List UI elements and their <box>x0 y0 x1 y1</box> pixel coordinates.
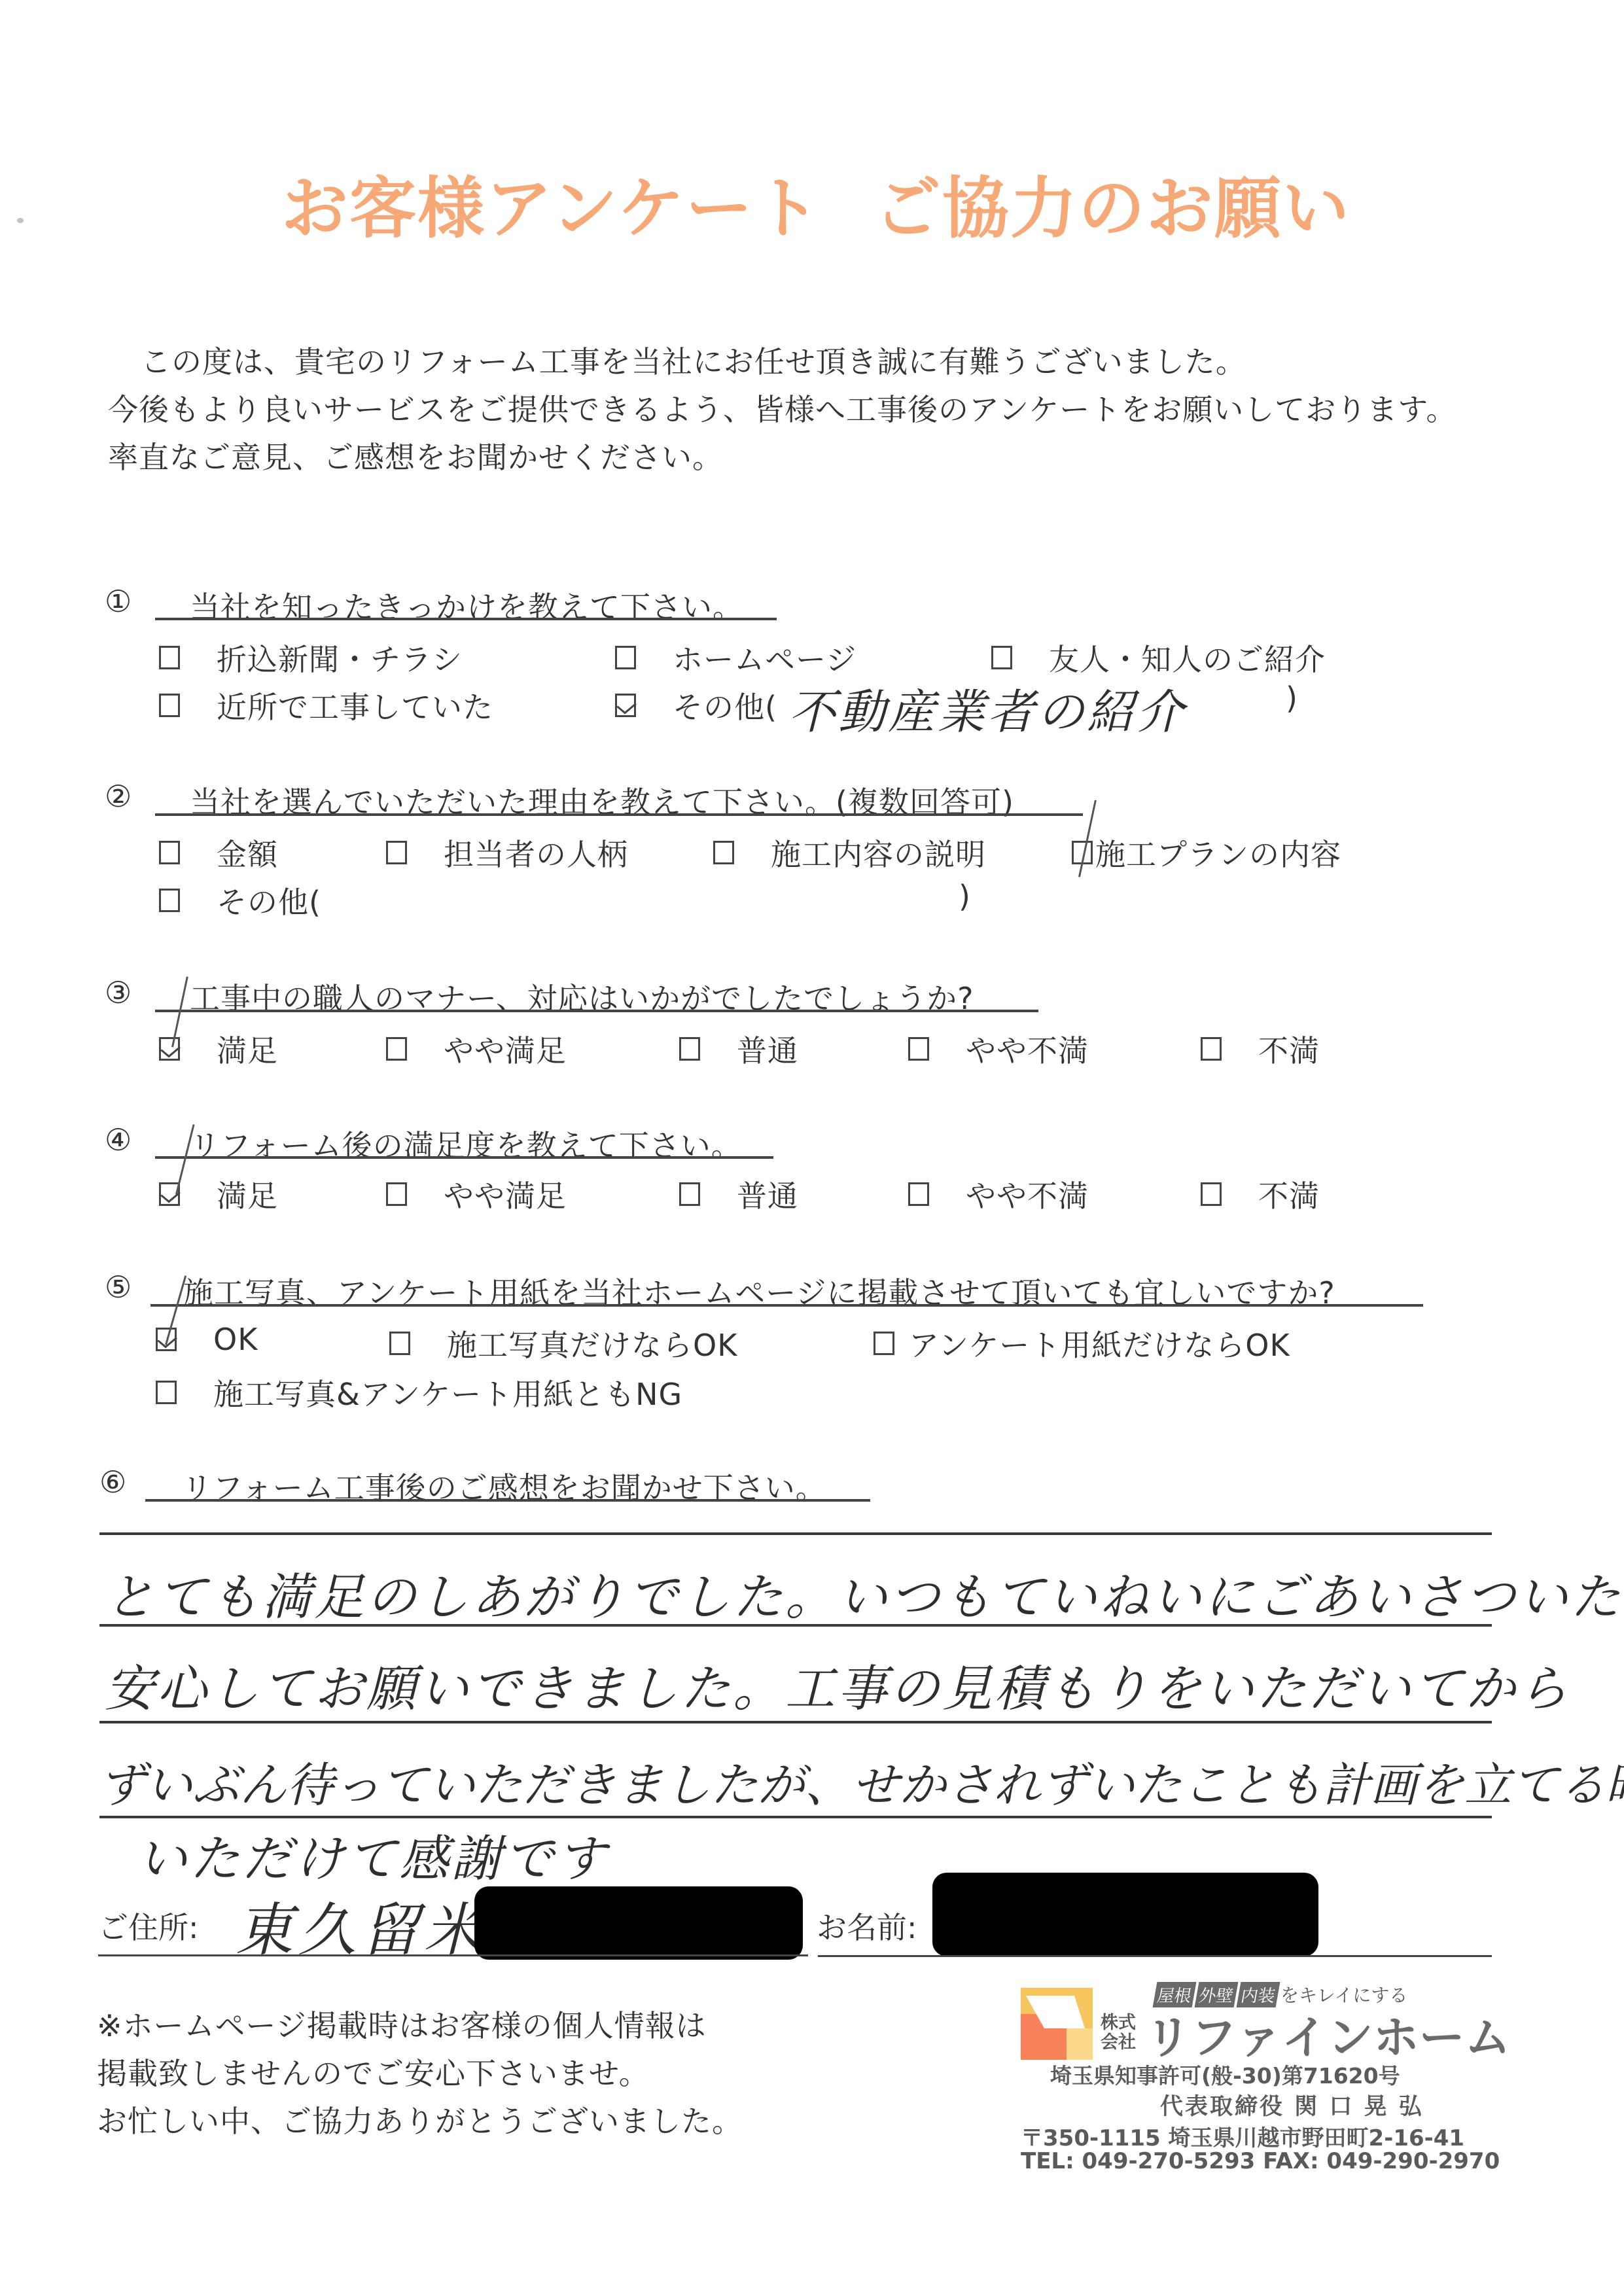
footer-thanks: お忙しい中、ご協力ありがとうございました。 <box>97 2098 743 2141</box>
question-1-number: ① <box>105 584 132 619</box>
q4-option-somewhat-dissatisfied[interactable]: やや不満 <box>908 1173 1089 1216</box>
intro-line-1: この度は、貴宅のリフォーム工事を当社にお任せ頂き誠に有難うございました。 <box>141 338 1246 381</box>
question-5-underline <box>150 1304 1423 1307</box>
checkbox[interactable] <box>615 646 636 669</box>
kabushiki-top: 株式 <box>1101 2013 1136 2033</box>
checkbox[interactable] <box>386 841 407 864</box>
title-left: お客様アンケート <box>281 170 822 248</box>
checkbox[interactable] <box>386 1182 407 1206</box>
q1-option-flyer[interactable]: 折込新聞・チラシ <box>159 636 463 679</box>
question-2-underline <box>155 813 1083 816</box>
q1-other-close-paren: ) <box>1286 680 1297 716</box>
option-label: ホームページ <box>673 636 856 679</box>
address-label: ご住所: <box>98 1904 199 1947</box>
footer-note-2: 掲載致しませんのでご安心下さいませ。 <box>97 2050 650 2093</box>
option-label: 施工写真&アンケート用紙ともNG <box>213 1371 682 1414</box>
company-address: 〒350-1115 埼玉県川越市野田町2-16-41 <box>1021 2120 1464 2152</box>
option-label: 友人・知人のご紹介 <box>1049 636 1326 679</box>
question-5-number: ⑤ <box>105 1269 132 1305</box>
option-label: アンケート用紙だけならOK <box>909 1322 1290 1365</box>
q2-option-price[interactable]: 金額 <box>159 831 278 874</box>
option-label: やや不満 <box>966 1027 1089 1070</box>
checkbox[interactable] <box>1201 1182 1222 1206</box>
option-label: やや満足 <box>444 1173 567 1216</box>
q3-option-somewhat-dissatisfied[interactable]: やや不満 <box>908 1027 1089 1070</box>
question-6-underline <box>145 1499 870 1502</box>
q2-option-other[interactable]: その他( <box>159 879 321 922</box>
q2-option-staff[interactable]: 担当者の人柄 <box>386 831 628 874</box>
comment-rule-2 <box>99 1624 1492 1627</box>
q5-option-photos-only[interactable]: 施工写真だけならOK <box>389 1322 737 1365</box>
address-underline <box>98 1954 808 1956</box>
option-label: 施工プランの内容 <box>1095 831 1341 874</box>
checkbox-checked[interactable] <box>159 1037 180 1061</box>
question-6-number: ⑥ <box>99 1464 126 1500</box>
checkbox[interactable] <box>874 1332 894 1355</box>
comment-line-2[interactable]: 安心してお願いできました。工事の見積もりをいただいてから <box>105 1649 1570 1720</box>
intro-line-2: 今後もより良いサービスをご提供できるよう、皆様へ工事後のアンケートをお願いしてお… <box>108 386 1457 429</box>
company-contact: TEL: 049-270-5293 FAX: 049-290-2970 <box>1021 2148 1500 2174</box>
checkbox[interactable] <box>1201 1037 1222 1061</box>
address-redaction <box>474 1886 803 1960</box>
comment-line-1[interactable]: とても満足のしあがりでした。いつもていねいにごあいさついただき <box>105 1557 1624 1629</box>
checkbox[interactable] <box>159 841 180 864</box>
option-label: 満足 <box>217 1027 278 1070</box>
checkbox[interactable] <box>679 1037 700 1061</box>
checkbox[interactable] <box>386 1037 407 1061</box>
checkbox[interactable] <box>908 1182 929 1206</box>
q3-option-somewhat-satisfied[interactable]: やや満足 <box>386 1027 567 1070</box>
option-label: 普通 <box>737 1173 798 1216</box>
intro-line-3: 率直なご意見、ご感想をお聞かせください。 <box>108 434 723 477</box>
q3-option-neutral[interactable]: 普通 <box>679 1027 798 1070</box>
company-representative: 代表取締役 関 口 晃 弘 <box>1160 2089 1424 2121</box>
option-label: 担当者の人柄 <box>444 831 628 874</box>
checkbox[interactable] <box>156 1381 177 1404</box>
question-2-number: ② <box>105 779 132 814</box>
scan-speck <box>17 218 24 223</box>
question-3-number: ③ <box>105 975 132 1010</box>
checkbox[interactable] <box>991 646 1012 669</box>
question-1-text: 当社を知ったきっかけを教えて下さい。 <box>190 584 743 627</box>
q3-option-satisfied[interactable]: 満足 <box>159 1027 278 1070</box>
checkbox[interactable] <box>679 1182 700 1206</box>
checkbox[interactable] <box>159 646 180 669</box>
option-label: やや不満 <box>966 1173 1089 1216</box>
option-label: 近所で工事していた <box>217 684 493 727</box>
option-label: 施工内容の説明 <box>771 831 986 874</box>
option-label: その他( <box>217 879 321 922</box>
q1-other-handwritten[interactable]: 不動産業者の紹介 <box>788 674 1186 742</box>
question-3-underline <box>155 1010 1038 1012</box>
option-label: やや満足 <box>444 1027 567 1070</box>
company-name: リファインホーム <box>1145 2001 1511 2067</box>
option-label: その他( <box>673 684 777 727</box>
company-license: 埼玉県知事許可(般-30)第71620号 <box>1050 2059 1400 2090</box>
company-kabushiki: 株式 会社 <box>1101 2013 1136 2053</box>
page-title: お客様アンケートご協力のお願い <box>281 156 1350 251</box>
q5-option-survey-only[interactable]: アンケート用紙だけならOK <box>874 1322 1290 1365</box>
option-label: 不満 <box>1258 1027 1320 1070</box>
checkbox[interactable] <box>159 889 180 912</box>
question-4-text: リフォーム後の満足度を教えて下さい。 <box>190 1122 742 1165</box>
q4-option-dissatisfied[interactable]: 不満 <box>1201 1173 1320 1216</box>
title-right: ご協力のお願い <box>874 170 1350 248</box>
footer-note-1: ※ホームページ掲載時はお客様の個人情報は <box>97 2002 707 2045</box>
q1-option-homepage[interactable]: ホームページ <box>615 636 856 679</box>
q2-other-close-paren: ) <box>959 879 970 914</box>
checkbox[interactable] <box>389 1332 410 1355</box>
comment-rule-4 <box>99 1816 1492 1818</box>
option-label: 折込新聞・チラシ <box>217 636 463 679</box>
option-label: 施工写真だけならOK <box>447 1322 737 1365</box>
comment-rule-3 <box>99 1721 1492 1723</box>
comment-line-4[interactable]: いただけて感謝です <box>137 1819 609 1890</box>
option-label: 金額 <box>217 831 278 874</box>
q4-option-neutral[interactable]: 普通 <box>679 1173 798 1216</box>
question-1-underline <box>155 618 777 620</box>
option-label: 満足 <box>217 1173 278 1216</box>
comment-line-3[interactable]: ずいぶん待っていただきましたが、せかされずいたことも計画を立てる時間を <box>98 1747 1624 1815</box>
name-redaction <box>932 1873 1318 1956</box>
checkbox[interactable] <box>159 694 180 717</box>
q1-option-nearby[interactable]: 近所で工事していた <box>159 684 493 727</box>
q4-option-somewhat-satisfied[interactable]: やや満足 <box>386 1173 567 1216</box>
q2-option-plan[interactable]: 施工プランの内容 <box>1072 831 1341 874</box>
company-logo-icon <box>1021 1988 1093 2060</box>
checkbox[interactable] <box>908 1037 929 1061</box>
q1-option-other[interactable]: その他( <box>615 684 777 727</box>
checkbox-checked[interactable] <box>615 694 636 717</box>
name-label: お名前: <box>817 1904 917 1947</box>
q3-option-dissatisfied[interactable]: 不満 <box>1201 1027 1320 1070</box>
comment-rule-1 <box>99 1532 1492 1535</box>
q5-option-both-ng[interactable]: 施工写真&アンケート用紙ともNG <box>156 1371 682 1414</box>
q1-option-referral[interactable]: 友人・知人のご紹介 <box>991 636 1326 679</box>
kabushiki-bottom: 会社 <box>1101 2033 1136 2053</box>
option-label: OK <box>213 1322 258 1357</box>
option-label: 不満 <box>1258 1173 1320 1216</box>
name-underline <box>818 1955 1492 1957</box>
question-4-number: ④ <box>105 1122 132 1157</box>
checkbox[interactable] <box>713 841 734 864</box>
q2-option-explanation[interactable]: 施工内容の説明 <box>713 831 986 874</box>
option-label: 普通 <box>737 1027 798 1070</box>
question-4-underline <box>155 1156 773 1159</box>
